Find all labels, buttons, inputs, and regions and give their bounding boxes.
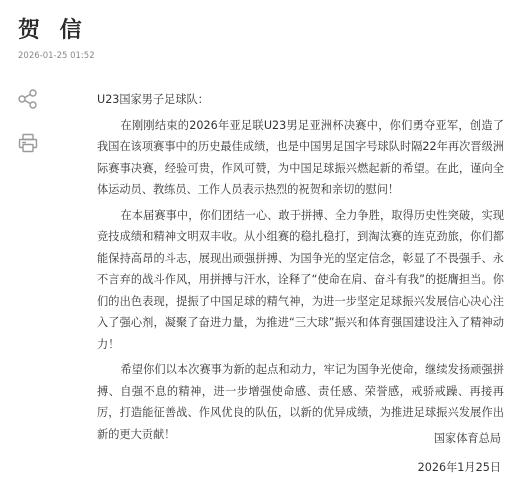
letter-paragraph-1: 在刚刚结束的2026年亚足联U23男足亚洲杯决赛中，你们勇夺亚军，创造了我国在该… [97,115,504,201]
side-action-bar [17,88,41,154]
publish-timestamp: 2026-01-25 01:52 [18,50,95,62]
page-title: 贺 信 [18,18,88,44]
print-icon[interactable] [17,132,39,154]
share-icon[interactable] [17,88,39,110]
letter-body: U23国家男子足球队： 在刚刚结束的2026年亚足联U23男足亚洲杯决赛中，你们… [97,89,504,449]
signature-date: 2026年1月25日 [418,459,501,475]
letter-salutation: U23国家男子足球队： [97,89,504,111]
signature-organization: 国家体育总局 [434,430,501,446]
letter-paragraph-2: 在本届赛事中，你们团结一心、敢于拼搏、全力争胜，取得历史性突破，实现竞技成绩和精… [97,205,504,356]
